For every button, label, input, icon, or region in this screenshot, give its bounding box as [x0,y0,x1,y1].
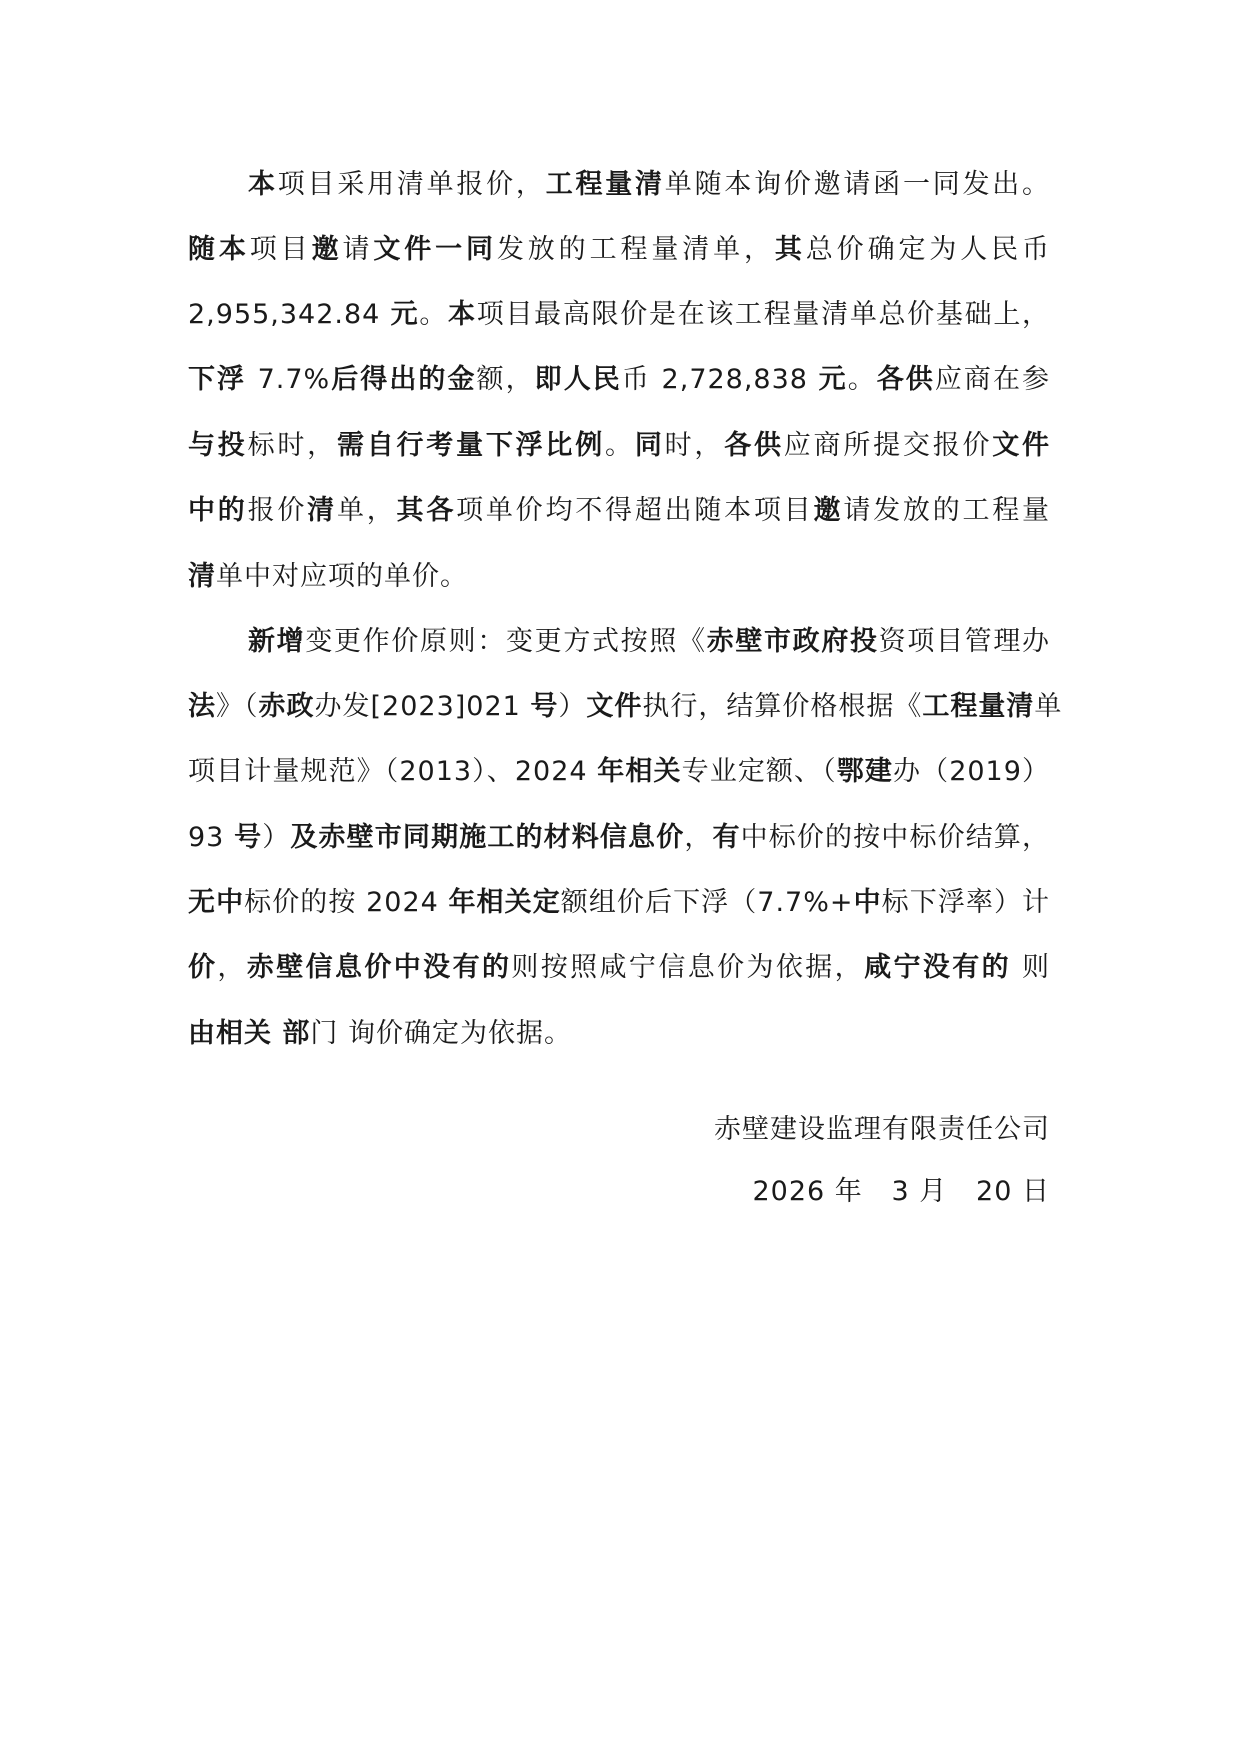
bold-text: 文件 [992,430,1050,461]
bold-text: 中的 [188,495,248,526]
text: 办发[2023]021 [315,691,531,722]
text: 项目最高限价是在该工程量清单总价基础上， [477,299,1050,330]
paragraph-2-line-4: 93 号）及赤壁市同期施工的材料信息价，有中标价的按中标价结算， [188,818,1050,858]
bold-text: 即人民 [535,364,622,395]
bold-text: 咸宁没有的 [864,952,1011,983]
paragraph-2-line-1: 新增变更作价原则：变更方式按照《赤壁市政府投资项目管理办 [248,622,1050,662]
bold-text: 赤壁信息价中没有的 [247,952,512,983]
paragraph-1-line-5: 与投标时，需自行考量下浮比例。同时，各供应商所提交报价文件 [188,426,1050,466]
bold-text: 赤壁市政府投 [707,626,879,657]
text: ， [684,822,712,853]
text: 单， [337,495,397,526]
bold-text: 与投 [188,430,248,461]
bold-text: 中 [854,887,882,918]
text: 则 [1011,952,1050,983]
signature-date: 2026 年 3 月 20 日 [753,1172,1051,1212]
bold-text: 随本 [188,234,250,265]
bold-text: 同 [635,430,665,461]
bold-text: 文件一同 [373,234,497,265]
bold-text: 清 [188,561,216,592]
bold-text: 元 [819,364,848,395]
paragraph-1-line-3: 2,955,342.84 元。本项目最高限价是在该工程量清单总价基础上， [188,295,1050,335]
text: 单 [1034,691,1062,722]
bold-text: 无中 [188,887,244,918]
bold-text: 下浮 [188,364,258,395]
paragraph-1-line-1: 本项目采用清单报价，工程量清单随本询价邀请函一同发出。 [248,165,1050,205]
bold-text: 新增 [248,626,305,657]
paragraph-2-line-2: 法》（赤政办发[2023]021 号）文件执行，结算价格根据《工程量清单 [188,687,1050,727]
paragraph-2-line-3: 项目计量规范》（2013）、2024 年相关专业定额、（鄂建办（2019） [188,752,1050,792]
bold-text: 由相关 部 [188,1018,310,1049]
bold-text: 及赤壁市同期施工的材料信息价 [290,822,684,853]
text: 办（2019） [893,756,1050,787]
text: 币 2,728,838 [622,364,819,395]
bold-text: 各供 [877,364,935,395]
text: 项目 [250,234,312,265]
bold-text: 邀 [312,234,343,265]
text: 专业定额、（ [682,756,837,787]
text: 总价确定为人民币 [806,234,1050,265]
paragraph-2-line-6: 价，赤壁信息价中没有的则按照咸宁信息价为依据，咸宁没有的 则 [188,948,1050,988]
text: 中标价的按中标价结算， [741,822,1050,853]
bold-text: 清 [307,495,337,526]
bold-text: 邀 [814,495,844,526]
bold-text: 鄂建 [837,756,893,787]
text: 。 [848,364,877,395]
text: 请发放的工程量 [843,495,1050,526]
bold-text: 其 [775,234,806,265]
text: 发放的工程量清单， [497,234,775,265]
text: 93 [188,822,234,853]
text: 执行，结算价格根据《 [642,691,922,722]
paragraph-1-line-2: 随本项目邀请文件一同发放的工程量清单，其总价确定为人民币 [188,230,1050,270]
text: 门 询价确定为依据。 [310,1018,572,1049]
text: 标时， [248,430,337,461]
text: 单随本询价邀请函一同发出。 [665,169,1050,200]
text: 项目采用清单报价， [278,169,546,200]
bold-text: 年相关定 [448,887,560,918]
text: 单中对应项的单价。 [216,561,468,592]
bold-text: 工程量清 [546,169,665,200]
bold-text: 赤政 [259,691,315,722]
text: ， [217,952,246,983]
text: 。 [419,299,448,330]
bold-text: 号 [234,822,262,853]
bold-text: 工程量清 [922,691,1034,722]
text: 报价 [248,495,308,526]
bold-text: 本 [248,169,278,200]
bold-text: 价 [188,952,217,983]
bold-text: 需自行考量下浮比例 [337,430,605,461]
bold-text: 有 [712,822,740,853]
bold-text: 文件 [586,691,642,722]
text: 。 [605,430,635,461]
paragraph-2-line-7: 由相关 部门 询价确定为依据。 [188,1014,1050,1054]
text: 2,955,342.84 [188,299,391,330]
bold-text: 后得出的金 [330,364,476,395]
text: ） [262,822,290,853]
document-page: 本项目采用清单报价，工程量清单随本询价邀请函一同发出。随本项目邀请文件一同发放的… [0,0,1240,1753]
bold-text: 其各 [397,495,457,526]
text: 额， [477,364,535,395]
text: 变更作价原则：变更方式按照《 [305,626,706,657]
text: 标价的按 2024 [244,887,448,918]
text: 应商在参 [935,364,1050,395]
bold-text: 年相关 [597,756,681,787]
text: 项目计量规范》（2013）、2024 [188,756,597,787]
text: 则按照咸宁信息价为依据， [511,952,864,983]
text: 7.7% [258,364,331,395]
paragraph-1-line-6: 中的报价清单，其各项单价均不得超出随本项目邀请发放的工程量 [188,491,1050,531]
bold-text: 本 [448,299,477,330]
bold-text: 元 [391,299,420,330]
bold-text: 各供 [724,430,784,461]
bold-text: 号 [530,691,558,722]
paragraph-1-line-7: 清单中对应项的单价。 [188,557,1050,597]
paragraph-1-line-4: 下浮 7.7%后得出的金额，即人民币 2,728,838 元。各供应商在参 [188,360,1050,400]
text: 请 [342,234,373,265]
text: 额组价后下浮（7.7%+ [561,887,854,918]
text: 》（ [216,691,259,722]
text: 资项目管理办 [879,626,1050,657]
text: 应商所提交报价 [784,430,993,461]
bold-text: 法 [188,691,216,722]
text: 时， [665,430,725,461]
text: ） [558,691,586,722]
text: 项单价均不得超出随本项目 [456,495,813,526]
text: 标下浮率）计 [882,887,1050,918]
paragraph-2-line-5: 无中标价的按 2024 年相关定额组价后下浮（7.7%+中标下浮率）计 [188,883,1050,923]
signature-company: 赤壁建设监理有限责任公司 [714,1110,1050,1150]
